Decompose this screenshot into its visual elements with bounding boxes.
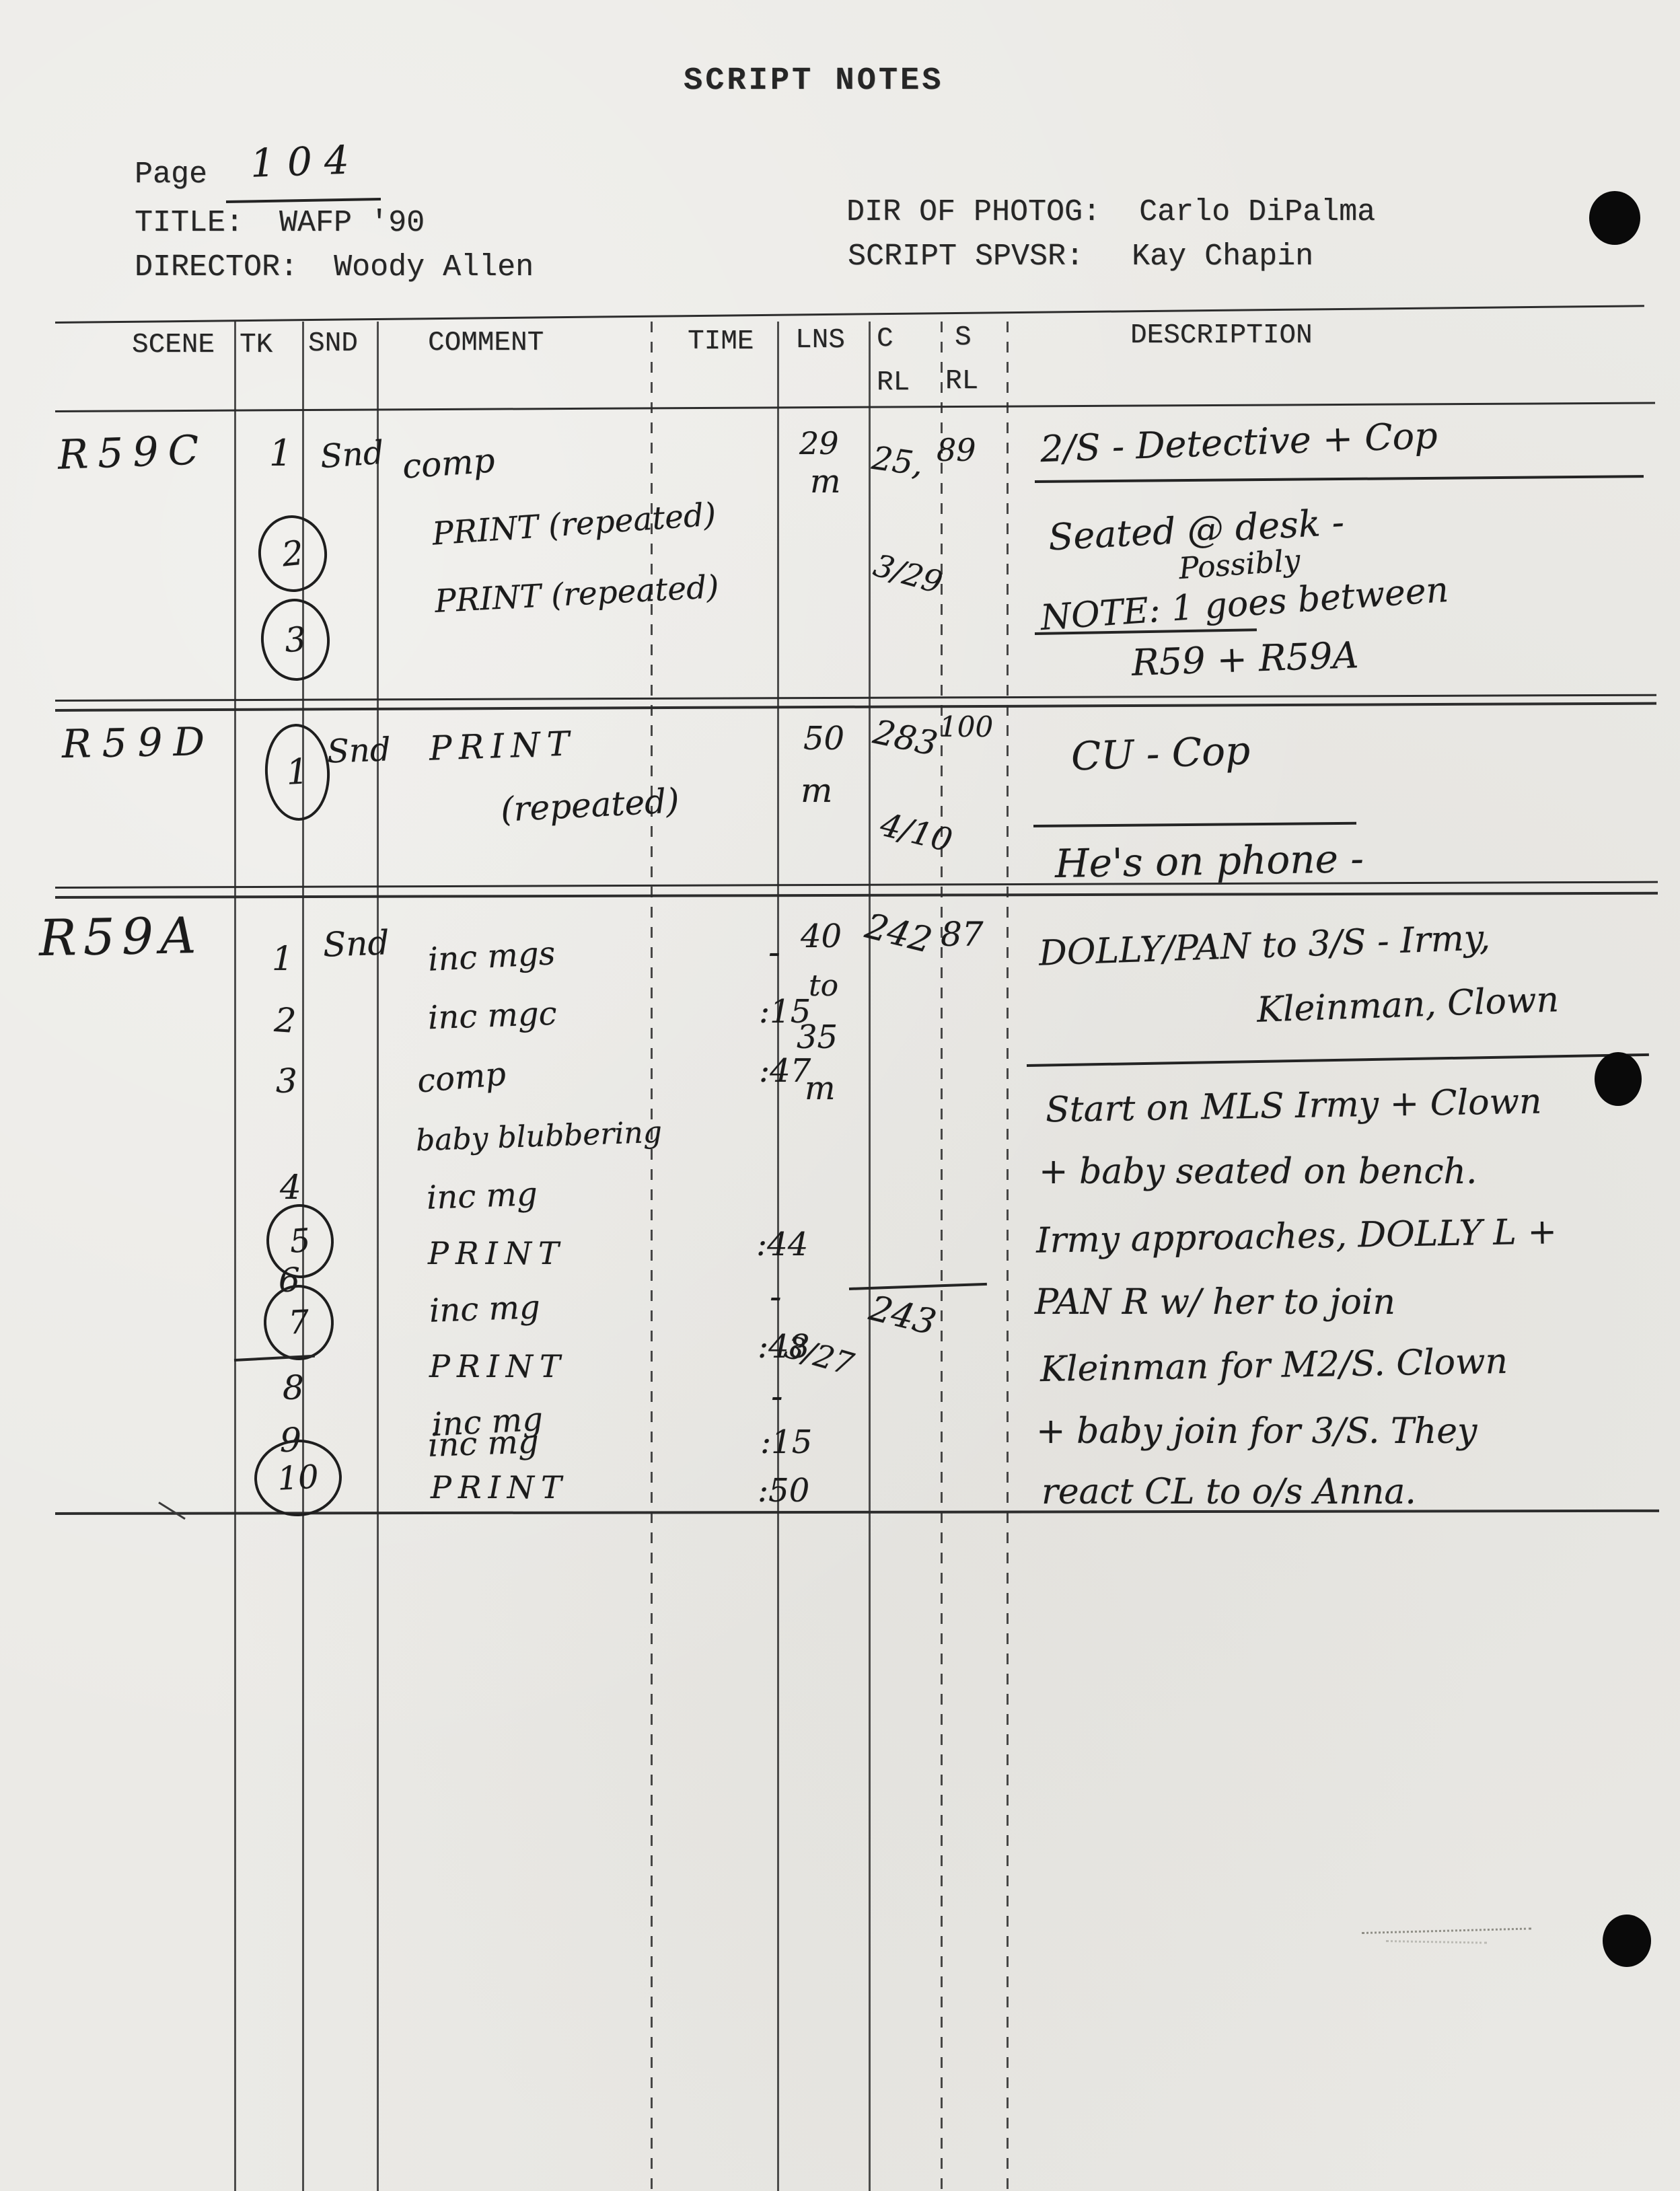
- col-line-s-description: [1007, 322, 1009, 2191]
- camera-roll-date: 3/29: [870, 547, 947, 601]
- col-header-lns: LNS: [795, 325, 845, 356]
- separator-tick-mark: [158, 1501, 186, 1520]
- sound-roll: 100: [939, 710, 993, 743]
- take-number-circled: 5: [264, 1202, 336, 1281]
- description-line: He's on phone -: [1054, 835, 1364, 887]
- snd-cell: Snd: [322, 923, 390, 964]
- scene-cell: R59D: [61, 718, 215, 767]
- comment-line: inc mgs: [427, 934, 556, 979]
- description-line: 2/S - Detective + Cop: [1039, 414, 1438, 471]
- title-label: TITLE:: [135, 206, 244, 240]
- col-line-snd-comment: [377, 322, 379, 2191]
- row2-separator-b: [55, 892, 1658, 899]
- take-number: 3: [276, 1062, 297, 1101]
- scene-cell: R59A: [38, 907, 203, 967]
- comment-line: PRINT (repeated): [431, 496, 717, 552]
- comment-line: PRINT: [428, 1235, 566, 1271]
- pencil-scribble-faint: [1386, 1940, 1487, 1944]
- comment-line: PRINT: [429, 724, 577, 768]
- lns-count: 50: [803, 720, 844, 757]
- take-number-circled: 10: [252, 1438, 344, 1519]
- description-line: Irmy approaches, DOLLY L +: [1036, 1212, 1558, 1261]
- snd-cell: Snd: [326, 731, 391, 770]
- description-line: DOLLY/PAN to 3/S - Irmy,: [1038, 918, 1491, 973]
- description-underline: [1027, 1053, 1649, 1067]
- director-name: Woody Allen: [334, 250, 534, 285]
- take-number-circled: 1: [262, 722, 332, 823]
- col-header-tk: TK: [240, 330, 272, 361]
- lns-unit: m: [805, 1070, 836, 1107]
- row1-separator-a: [55, 694, 1656, 702]
- comment-line: inc mg: [426, 1175, 538, 1217]
- director-line: DIRECTOR: Woody Allen: [135, 250, 534, 285]
- header-bottom-rule: [55, 402, 1655, 412]
- hole-punch-middle: [1595, 1052, 1642, 1106]
- comment-line: (repeated): [500, 781, 680, 829]
- col-header-c: C: [877, 324, 893, 355]
- comment-line: inc mg: [429, 1288, 541, 1330]
- time-value: :47: [759, 1052, 811, 1090]
- camera-roll: 283: [870, 712, 941, 764]
- page-number-handwritten: 104: [250, 137, 362, 186]
- camera-roll: 25,: [869, 439, 925, 484]
- time-value: -: [771, 1376, 783, 1417]
- col-header-snd: SND: [308, 328, 358, 359]
- col-header-time: TIME: [688, 326, 754, 357]
- snd-cell: Snd: [319, 434, 385, 476]
- lns-date: 3/27: [781, 1329, 858, 1382]
- lns-from: 40: [801, 918, 842, 955]
- description-line: R59 + R59A: [1131, 634, 1359, 684]
- comment-line: inc mgc: [427, 995, 557, 1037]
- row1-separator-b: [55, 702, 1656, 712]
- table-top-rule: [55, 305, 1644, 324]
- description-line: Kleinman for M2/S. Clown: [1040, 1341, 1508, 1390]
- time-value: :15: [760, 1423, 812, 1461]
- camera-roll: 242: [861, 906, 936, 961]
- time-value: -: [770, 1277, 782, 1317]
- col-line-c-s: [941, 322, 943, 2191]
- lns-unit: m: [801, 771, 832, 810]
- time-value: :44: [756, 1226, 808, 1263]
- scene-cell: R59C: [57, 426, 209, 479]
- title-line: TITLE: WAFP '90: [135, 206, 425, 240]
- col-header-rl-s: RL: [945, 366, 978, 397]
- spvsr-line: SCRIPT SPVSR: Kay Chapin: [848, 239, 1313, 274]
- comment-line: comp: [401, 441, 496, 486]
- description-line: + baby seated on bench.: [1039, 1152, 1477, 1192]
- photog-line: DIR OF PHOTOG: Carlo DiPalma: [846, 195, 1375, 229]
- col-line-scene-tk: [234, 322, 236, 2191]
- spvsr-label: SCRIPT SPVSR:: [848, 239, 1084, 274]
- comment-line: PRINT (repeated): [434, 568, 720, 620]
- description-line: CU - Cop: [1070, 727, 1251, 779]
- lns-to-word: to: [809, 969, 838, 1003]
- col-header-comment: COMMENT: [428, 328, 544, 359]
- col-header-scene: SCENE: [132, 330, 215, 361]
- description-underline: [1035, 475, 1644, 483]
- lns-unit: m: [810, 463, 841, 500]
- col-header-description: DESCRIPTION: [1130, 320, 1313, 351]
- photog-label: DIR OF PHOTOG:: [846, 195, 1101, 229]
- lns-count: 29: [799, 425, 839, 461]
- description-line: Start on MLS Irmy + Clown: [1046, 1082, 1542, 1131]
- take-number: 1: [269, 432, 292, 474]
- sound-roll: 87: [941, 915, 984, 954]
- row2-separator-a: [55, 881, 1658, 889]
- comment-line: comp: [416, 1055, 507, 1100]
- director-label: DIRECTOR:: [135, 250, 298, 285]
- spvsr-name: Kay Chapin: [1132, 239, 1313, 274]
- photog-name: Carlo DiPalma: [1139, 195, 1375, 229]
- description-underline: [1033, 822, 1356, 827]
- hole-punch-bottom: [1603, 1915, 1651, 1967]
- time-value: :50: [758, 1472, 809, 1510]
- description-line: react CL to o/s Anna.: [1042, 1472, 1416, 1512]
- take-number: 4: [280, 1168, 301, 1207]
- page-number-underline: [226, 198, 381, 203]
- description-line: Kleinman, Clown: [1256, 979, 1560, 1031]
- take-number: 1: [272, 939, 293, 978]
- take-number-circled: 3: [258, 597, 332, 683]
- script-notes-scan-page: SCRIPT NOTES Page 104 TITLE: WAFP '90 DI…: [0, 0, 1680, 2191]
- col-line-lns-c: [869, 322, 871, 2191]
- time-value: -: [768, 932, 780, 973]
- take-number-circled: 2: [254, 512, 330, 595]
- film-title: WAFP '90: [279, 206, 425, 240]
- take-number: 2: [273, 1000, 297, 1041]
- take-number: 8: [283, 1368, 304, 1407]
- comment-line: PRINT: [429, 1348, 567, 1384]
- pencil-scribble: [1362, 1927, 1531, 1934]
- description-line: PAN R w/ her to join: [1035, 1282, 1395, 1323]
- comment-line: PRINT: [431, 1469, 569, 1506]
- col-header-rl-c: RL: [877, 367, 910, 398]
- page-label: Page: [135, 157, 207, 192]
- lns-to: 35: [797, 1018, 838, 1056]
- description-line: + baby join for 3/S. They: [1036, 1411, 1477, 1452]
- comment-line: baby blubbering: [415, 1115, 663, 1158]
- hole-punch-top: [1589, 191, 1640, 245]
- col-header-s: S: [955, 322, 972, 353]
- camera-roll-new: 243: [865, 1288, 940, 1343]
- sound-roll: 89: [937, 432, 976, 468]
- camera-roll-date: 4/10: [877, 806, 956, 860]
- comment-line: inc mg: [427, 1423, 540, 1464]
- take-number-circled: 7: [262, 1283, 336, 1362]
- form-title: SCRIPT NOTES: [684, 63, 943, 99]
